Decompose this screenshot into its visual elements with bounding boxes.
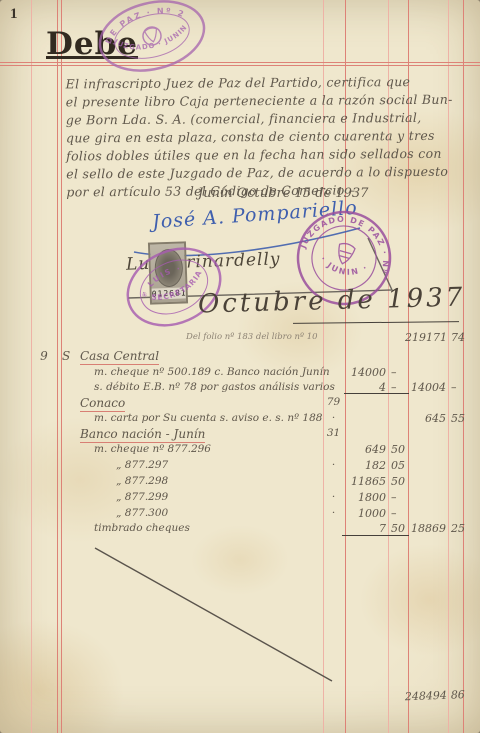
amount-cents-cell: – — [391, 366, 407, 379]
ruled-line-header-top — [0, 62, 480, 63]
ledger-row: Conaco 79 — [0, 396, 480, 412]
svg-text:JUZGADO DE PAZ · Nº 2: JUZGADO DE PAZ · Nº 2 — [293, 199, 403, 277]
ledger-row: „ 877.297 · 182 05 — [0, 459, 480, 475]
ledger-row: m. cheque nº 500.189 c. Banco nación Jun… — [0, 366, 480, 382]
closing-diagonal — [85, 540, 345, 690]
folio-cell: 31 — [324, 427, 343, 439]
ledger-row: m. cheque nº 877.296 649 50 — [0, 443, 480, 459]
total-amount: 248494 — [405, 689, 446, 703]
amount-cell: 11865 — [344, 475, 386, 488]
amount-cents-cell: 50 — [391, 443, 407, 456]
ledger-row: 9 S Casa Central — [0, 349, 480, 365]
folio-cell: 79 — [324, 396, 343, 408]
balance-forward-row: 219171 74 — [0, 331, 480, 347]
crest-icon — [335, 242, 356, 266]
entry-desc: „ 877.299 — [116, 491, 168, 503]
amount-cell: 7 — [344, 522, 386, 535]
entry-desc: „ 877.300 — [116, 507, 168, 519]
total-amount-cents: 86 — [451, 688, 465, 701]
ledger-row: s. débito E.B. nº 78 por gastos análisis… — [0, 381, 480, 397]
amount-cell: 1800 — [344, 491, 386, 504]
svg-text:· JUNIN ·: · JUNIN · — [316, 250, 372, 284]
amount-cents-cell: – — [451, 381, 465, 394]
folio-cell: · — [324, 459, 343, 471]
amount-cell: 14000 — [344, 366, 386, 379]
ledger-row: m. carta por Su cuenta s. aviso e. s. nº… — [0, 412, 480, 428]
entry-desc: m. cheque nº 500.189 c. Banco nación Jun… — [94, 366, 330, 378]
subtotal-rule — [344, 393, 409, 394]
entry-desc: „ 877.298 — [116, 475, 168, 487]
amount-cents-cell: – — [391, 491, 407, 504]
folio-cell: · — [324, 412, 343, 424]
ledger-row: „ 877.299 · 1800 – — [0, 491, 480, 507]
account-name: Casa Central — [80, 349, 159, 365]
amount-cents-cell: 05 — [391, 459, 407, 472]
entry-desc: s. débito E.B. nº 78 por gastos análisis… — [94, 381, 335, 393]
month-heading: Octubre de 1937 — [198, 283, 466, 320]
amount-cell: 14004 — [405, 381, 446, 394]
tick-mark: S — [62, 349, 78, 363]
certification-line: el sello de este Juzgado de Paz, de acue… — [66, 163, 472, 184]
ledger-page: 1 Debe DE PAZ · Nº 2 JUZGADO · JUNIN El … — [0, 0, 480, 733]
amount-cell: 219171 — [405, 331, 446, 344]
court-oval-stamp: DE PAZ · Nº 2 JUZGADO · JUNIN — [89, 0, 215, 84]
folio-cell: · — [324, 491, 343, 503]
amount-cents-cell: 74 — [451, 331, 465, 344]
amount-cents-cell: 55 — [451, 412, 465, 425]
entry-desc: m. cheque nº 877.296 — [94, 443, 211, 455]
entry-desc: timbrado cheques — [94, 522, 190, 534]
amount-cell: 645 — [405, 412, 446, 425]
entry-desc: m. carta por Su cuenta s. aviso e. s. nº… — [94, 412, 322, 424]
ruled-line-header-bottom — [0, 65, 480, 66]
page-number: 1 — [10, 6, 18, 23]
folio-cell: · — [324, 507, 343, 519]
day-cell: 9 — [33, 349, 55, 363]
amount-cents-cell: – — [391, 507, 407, 520]
account-name: Conaco — [80, 396, 125, 412]
ledger-row: „ 877.300 · 1000 – — [0, 507, 480, 523]
amount-cell: 182 — [344, 459, 386, 472]
ledger-row: „ 877.298 11865 50 — [0, 475, 480, 491]
amount-cents-cell: 25 — [451, 522, 465, 535]
column-total-rule — [342, 535, 409, 536]
month-underline — [293, 321, 459, 324]
amount-cell: 18869 — [405, 522, 446, 535]
amount-cents-cell: 50 — [391, 475, 407, 488]
account-name: Banco nación - Junín — [80, 427, 205, 443]
entry-desc: „ 877.297 — [116, 459, 168, 471]
ledger-row: Banco nación - Junín 31 — [0, 427, 480, 443]
certification-text: El infrascripto Juez de Paz del Partido,… — [66, 73, 473, 202]
amount-cell: 649 — [344, 443, 386, 456]
amount-cell: 1000 — [344, 507, 386, 520]
